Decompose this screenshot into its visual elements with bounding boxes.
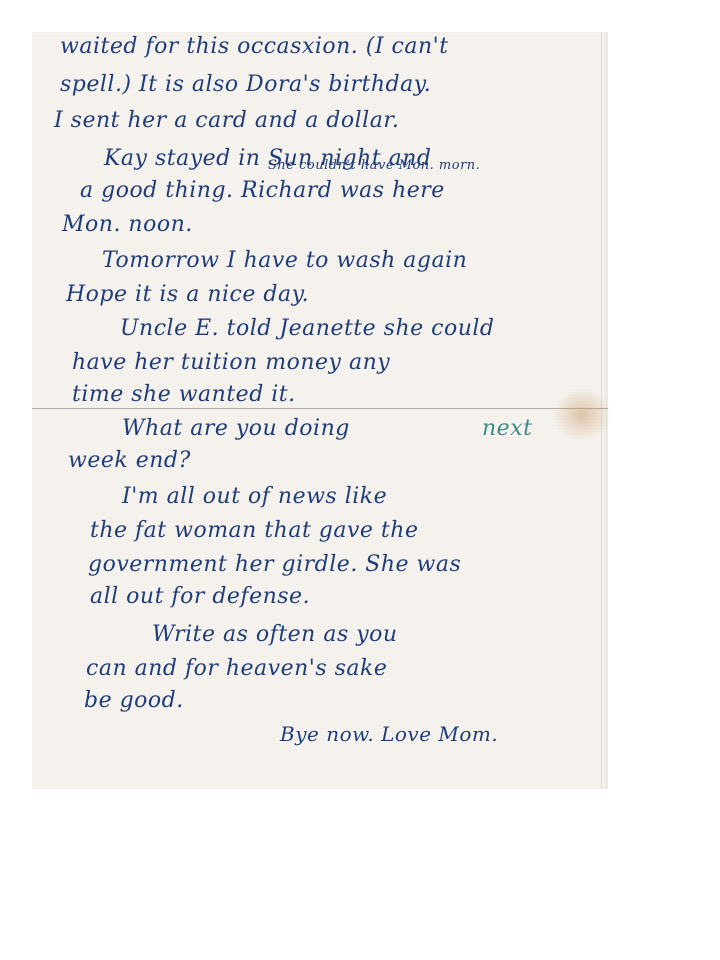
letter-line: the fat woman that gave the (90, 518, 418, 543)
letter-line: spell.) It is also Dora's birthday. (60, 72, 431, 97)
letter-line: time she wanted it. (72, 382, 296, 407)
letter-line: week end? (68, 448, 191, 473)
letter-signature: Bye now. Love Mom. (280, 722, 498, 746)
letter-line: Mon. noon. (62, 212, 193, 237)
letter-line: have her tuition money any (72, 350, 390, 375)
letter-insertion: She couldn't have Mon. morn. (268, 158, 480, 173)
letter-line: a good thing. Richard was here (80, 178, 445, 203)
letter-line-green: next (482, 416, 532, 441)
letter-line: be good. (84, 688, 184, 713)
letter-line: What are you doing (122, 416, 350, 441)
fold-crease (32, 408, 608, 409)
letter-line: Tomorrow I have to wash again (102, 248, 467, 273)
tape-stain (552, 387, 612, 442)
letter-line: government her girdle. She was (88, 552, 461, 577)
letter-line: can and for heaven's sake (86, 656, 387, 681)
letter-line: I sent her a card and a dollar. (54, 108, 399, 133)
letter-line: Uncle E. told Jeanette she could (120, 316, 495, 341)
letter-line: Write as often as you (152, 622, 398, 647)
letter-line: Hope it is a nice day. (66, 282, 309, 307)
letter-line: waited for this occasxion. (I can't (60, 34, 449, 59)
letter-page: waited for this occasxion. (I can't spel… (32, 32, 608, 789)
letter-line: all out for defense. (90, 584, 310, 609)
letter-line: I'm all out of news like (122, 484, 387, 509)
